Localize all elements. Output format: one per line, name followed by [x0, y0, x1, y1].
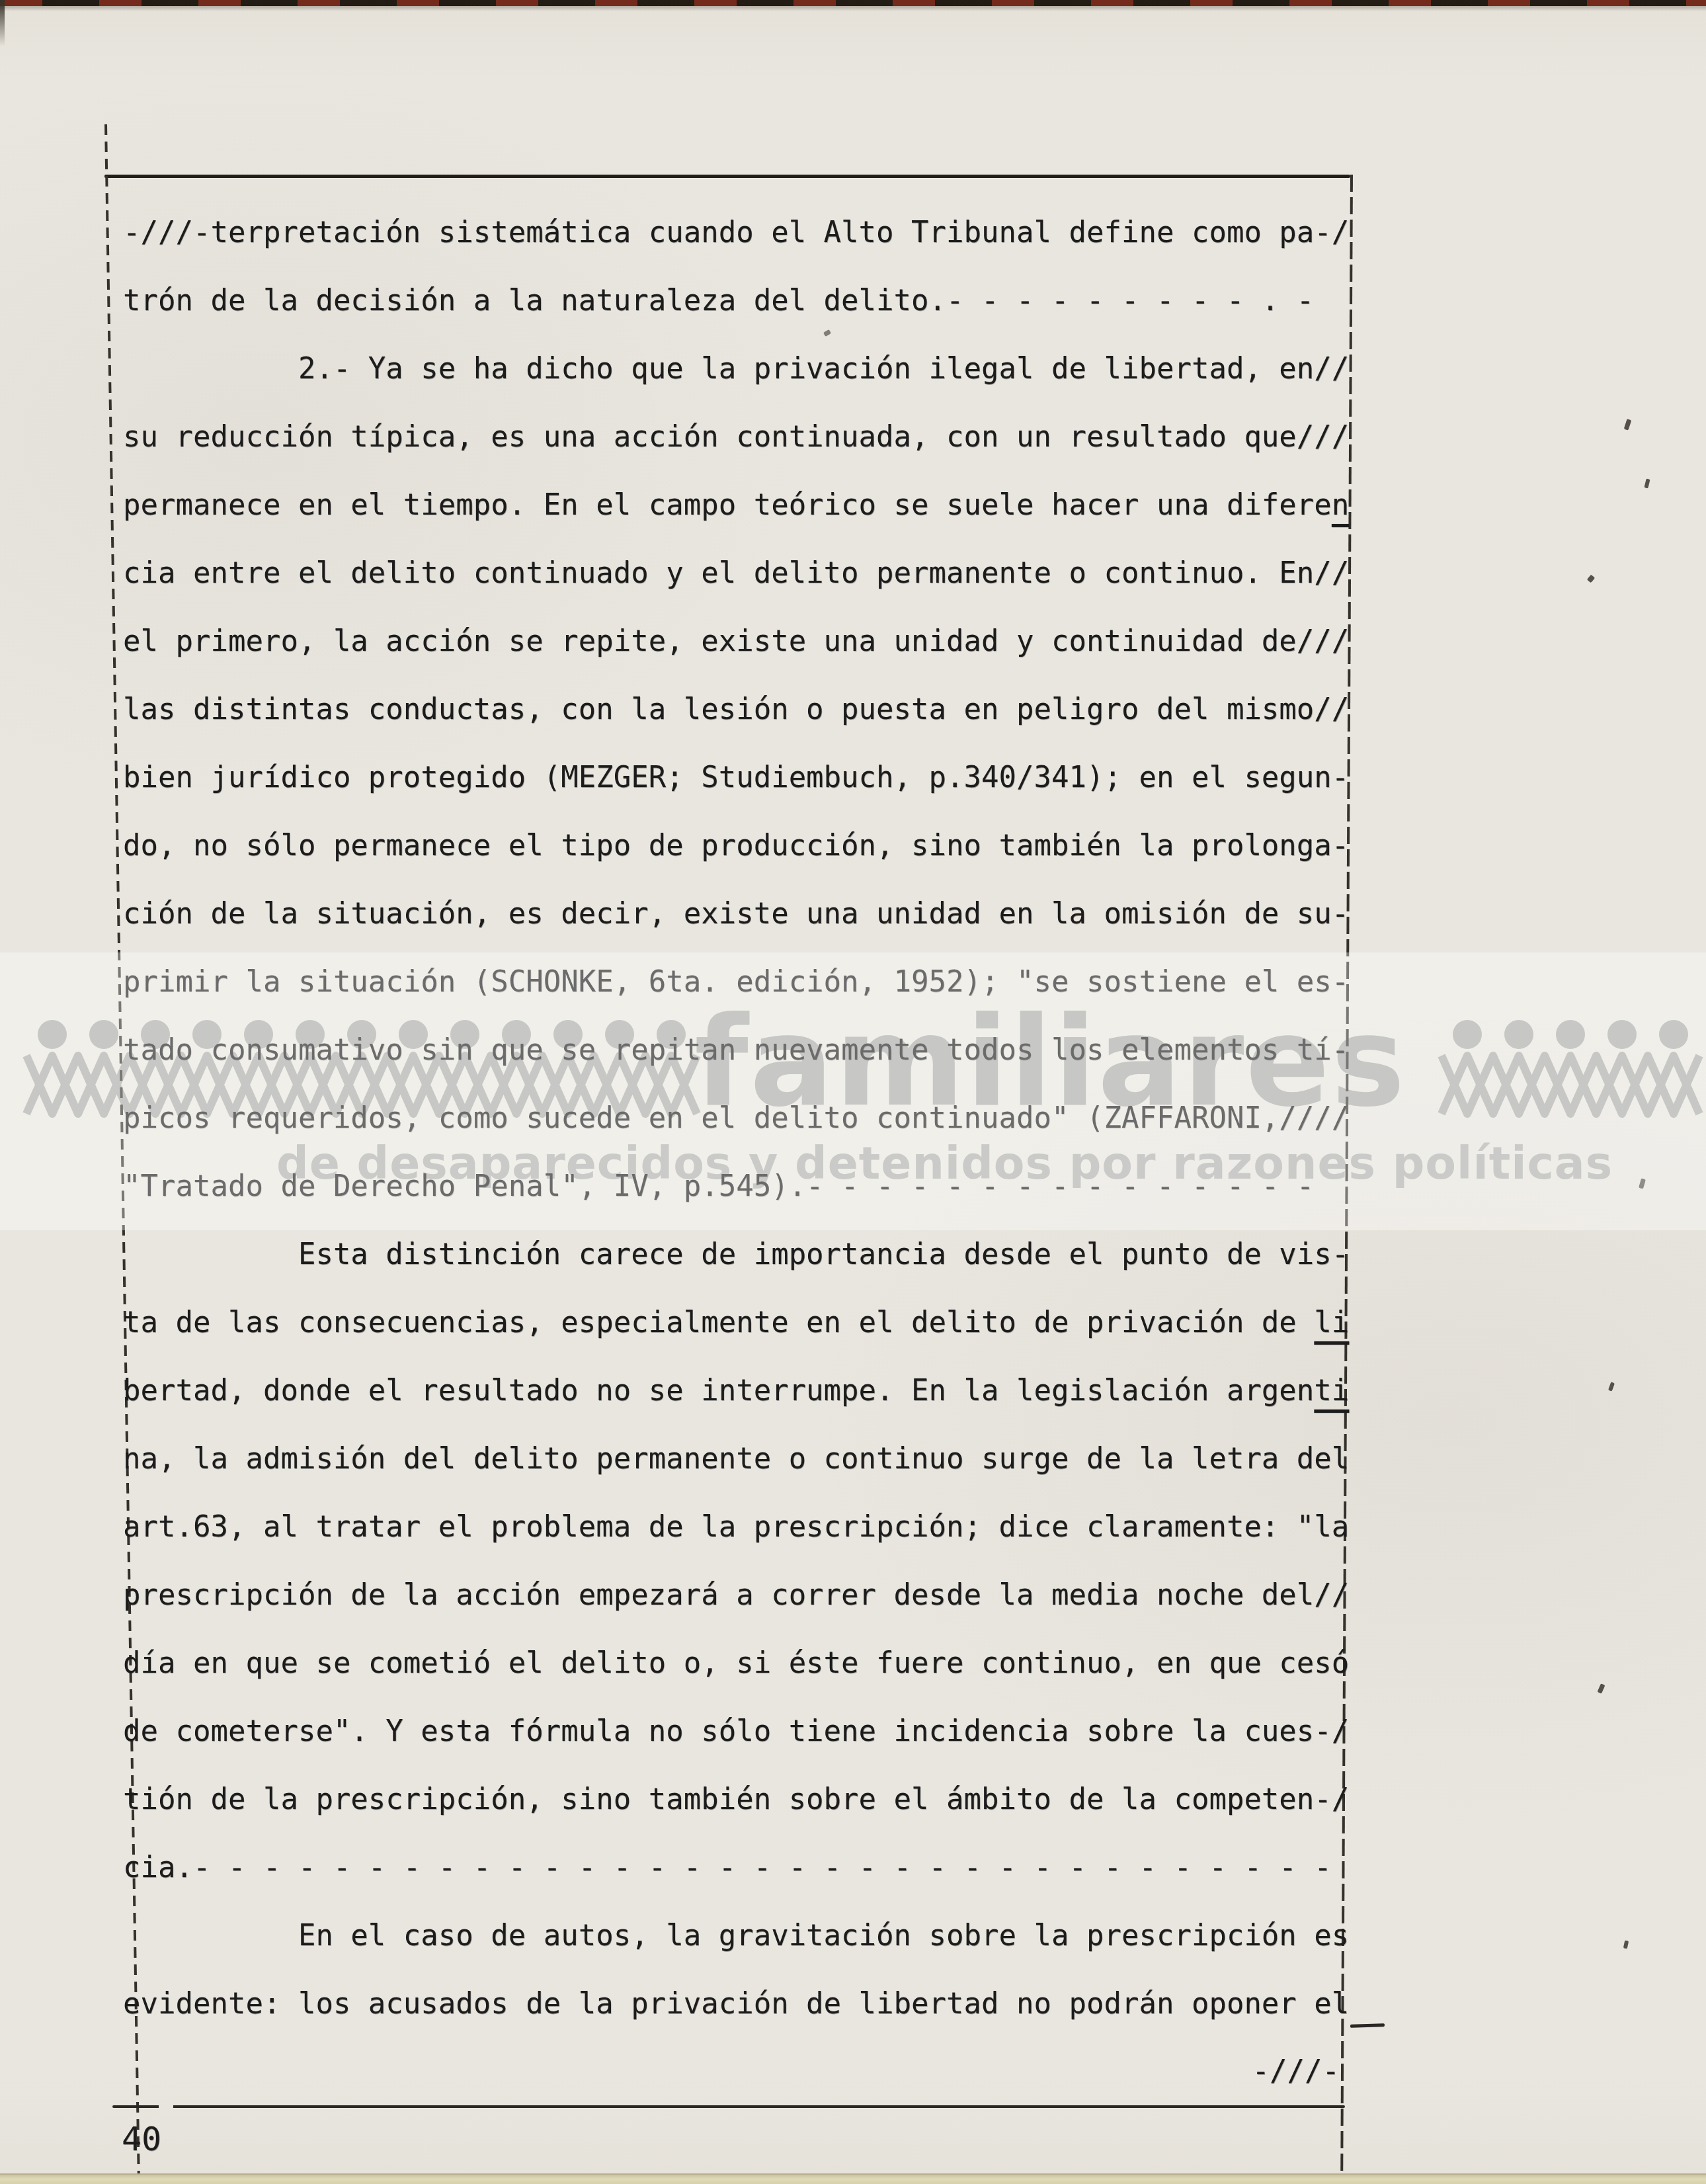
scan-bottom-edge	[0, 2173, 1706, 2184]
page-number: 40	[122, 2119, 161, 2159]
continuation-mark: -///-	[123, 2037, 1340, 2105]
text-line: art.63, al tratar el problema de la pres…	[123, 1493, 1353, 1561]
text-line: el primero, la acción se repite, existe …	[123, 607, 1353, 675]
text-line: ción de la situación, es decir, existe u…	[123, 880, 1353, 948]
text-line: na, la admisión del delito permanente o …	[123, 1425, 1353, 1493]
text-line: cia entre el delito continuado y el deli…	[123, 539, 1353, 607]
scan-speck	[1587, 575, 1596, 583]
text-line: trón de la decisión a la naturaleza del …	[123, 267, 1353, 335]
text-line: las distintas conductas, con la lesión o…	[123, 675, 1353, 743]
text-line: picos requeridos, como sucede en el deli…	[123, 1084, 1353, 1152]
text-line: su reducción típica, es una acción conti…	[123, 403, 1353, 471]
text-line: -///-terpretación sistemática cuando el …	[123, 198, 1353, 267]
scan-speck	[1608, 1382, 1615, 1391]
text-line: "Tratado de Derecho Penal", IV, p.545).-…	[123, 1152, 1353, 1220]
bottom-rule	[112, 2105, 1345, 2108]
text-line: primir la situación (SCHONKE, 6ta. edici…	[123, 948, 1353, 1016]
text-line: de cometerse". Y esta fórmula no sólo ti…	[123, 1697, 1353, 1765]
text-column: -///-terpretación sistemática cuando el …	[123, 198, 1353, 2038]
text-line: día en que se cometió el delito o, si és…	[123, 1629, 1353, 1697]
text-line: evidente: los acusados de la privación d…	[123, 1970, 1353, 2038]
text-line: ta de las consecuencias, especialmente e…	[123, 1288, 1353, 1357]
scanned-page: { "page": { "number": "40", "continuatio…	[0, 0, 1706, 2184]
text-line: cia.- - - - - - - - - - - - - - - - - - …	[123, 1833, 1353, 1902]
scan-speck	[1623, 1941, 1629, 1949]
text-line: tado consumativo sin que se repitan nuev…	[123, 1016, 1353, 1084]
text-line: bien jurídico protegido (MEZGER; Studiem…	[123, 743, 1353, 812]
top-rule	[104, 175, 1350, 178]
scan-speck	[1639, 1178, 1646, 1189]
text-line: bertad, donde el resultado no se interru…	[123, 1357, 1353, 1425]
text-line: En el caso de autos, la gravitación sobr…	[123, 1902, 1353, 1970]
scan-top-edge-shadow	[0, 6, 1706, 11]
text-line: permanece en el tiempo. En el campo teór…	[123, 471, 1353, 539]
text-line: Esta distinción carece de importancia de…	[123, 1220, 1353, 1288]
scan-speck	[1644, 478, 1650, 488]
right-margin-tick	[1350, 2023, 1385, 2028]
scan-top-edge	[0, 0, 1706, 6]
scan-speck	[1624, 419, 1632, 430]
scan-speck	[1597, 1683, 1605, 1694]
text-line: tión de la prescripción, sino también so…	[123, 1765, 1353, 1833]
scan-left-corner	[0, 0, 5, 46]
text-line: 2.- Ya se ha dicho que la privación ileg…	[123, 335, 1353, 403]
text-line: do, no sólo permanece el tipo de producc…	[123, 812, 1353, 880]
text-line: prescripción de la acción empezará a cor…	[123, 1561, 1353, 1629]
